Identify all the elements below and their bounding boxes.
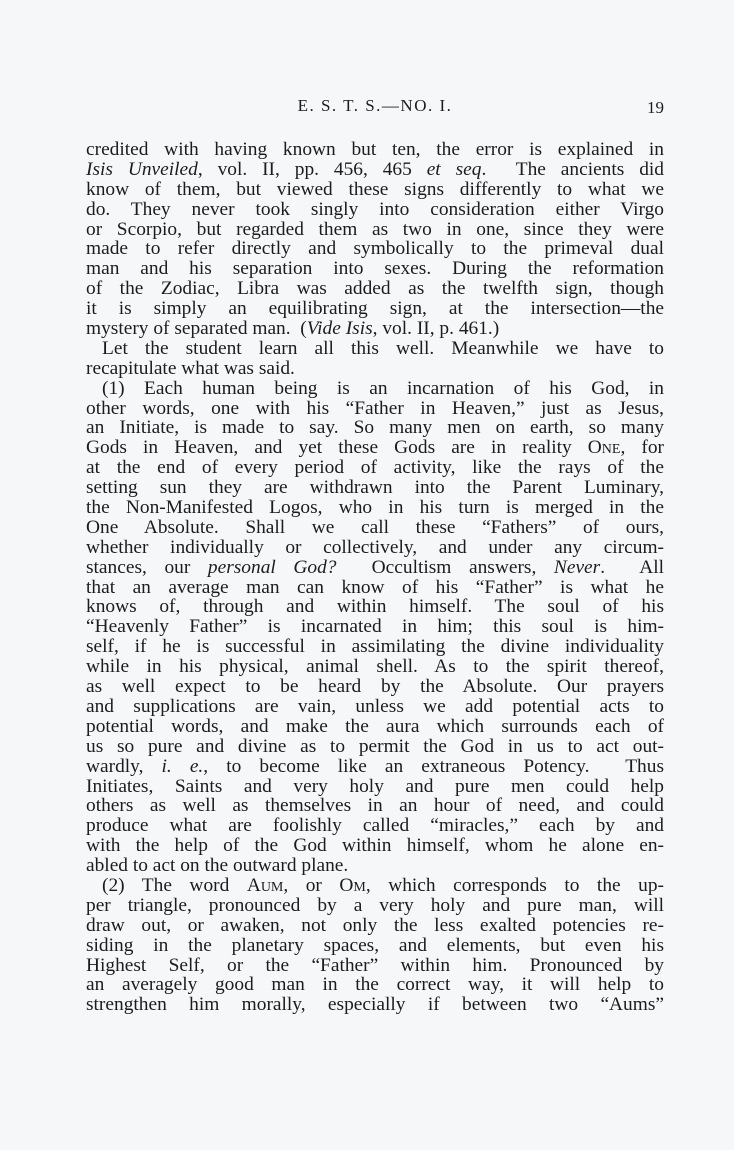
page-number: 19 [647, 98, 664, 118]
text-line: an Initiate, is made to say. So many men… [86, 418, 664, 438]
text-line: know of them, but viewed these signs dif… [86, 180, 664, 200]
text-line: stances, our personal God? Occultism ans… [86, 558, 664, 578]
text-line: Let the student learn all this well. Mea… [86, 339, 664, 359]
text-line: as well expect to be heard by the Absolu… [86, 677, 664, 697]
text-line: One Absolute. Shall we call these “Fathe… [86, 518, 664, 538]
text-line: wardly, i. e., to become like an extrane… [86, 757, 664, 777]
text-line: Gods in Heaven, and yet these Gods are i… [86, 438, 664, 458]
text-line: man and his separation into sexes. Durin… [86, 259, 664, 279]
text-line: “Heavenly Father” is incarnated in him; … [86, 617, 664, 637]
text-line: us so pure and divine as to permit the G… [86, 737, 664, 757]
text-line: (1) Each human being is an incarnation o… [86, 379, 664, 399]
text-line: setting sun they are withdrawn into the … [86, 478, 664, 498]
text-line: of the Zodiac, Libra was added as the tw… [86, 279, 664, 299]
text-line: Highest Self, or the “Father” within him… [86, 956, 664, 976]
text-line: it is simply an equilibrating sign, at t… [86, 299, 664, 319]
text-line: with the help of the God within himself,… [86, 836, 664, 856]
text-line: while in his physical, animal shell. As … [86, 657, 664, 677]
text-line: knows of, through and within himself. Th… [86, 597, 664, 617]
book-page: E. S. T. S.—NO. I. 19 credited with havi… [0, 0, 734, 1150]
text-line: per triangle, pronounced by a very holy … [86, 896, 664, 916]
text-line: whether individually or collectively, an… [86, 538, 664, 558]
text-line: the Non-Manifested Logos, who in his tur… [86, 498, 664, 518]
text-line: others as well as themselves in an hour … [86, 796, 664, 816]
text-line: mystery of separated man. (Vide Isis, vo… [86, 319, 664, 339]
text-line: Isis Unveiled, vol. II, pp. 456, 465 et … [86, 160, 664, 180]
text-line: siding in the planetary spaces, and elem… [86, 936, 664, 956]
text-line: made to refer directly and symbolically … [86, 239, 664, 259]
text-line: credited with having known but ten, the … [86, 140, 664, 160]
body-text: credited with having known but ten, the … [86, 140, 664, 1015]
text-line: self, if he is successful in assimilatin… [86, 637, 664, 657]
text-line: abled to act on the outward plane. [86, 856, 664, 876]
running-head: E. S. T. S.—NO. I. 19 [86, 96, 664, 120]
text-line: at the end of every period of activity, … [86, 458, 664, 478]
text-line: potential words, and make the aura which… [86, 717, 664, 737]
text-line: Initiates, Saints and very holy and pure… [86, 777, 664, 797]
text-line: draw out, or awaken, not only the less e… [86, 916, 664, 936]
text-line: an averagely good man in the correct way… [86, 975, 664, 995]
text-line: strengthen him morally, especially if be… [86, 995, 664, 1015]
text-line: (2) The word Aum, or Om, which correspon… [86, 876, 664, 896]
text-line: produce what are foolishly called “mirac… [86, 816, 664, 836]
running-title: E. S. T. S.—NO. I. [86, 96, 664, 116]
text-line: do. They never took singly into consider… [86, 200, 664, 220]
text-line: and supplications are vain, unless we ad… [86, 697, 664, 717]
text-line: that an average man can know of his “Fat… [86, 578, 664, 598]
text-line: other words, one with his “Father in Hea… [86, 399, 664, 419]
text-line: recapitulate what was said. [86, 359, 664, 379]
text-line: or Scorpio, but regarded them as two in … [86, 220, 664, 240]
